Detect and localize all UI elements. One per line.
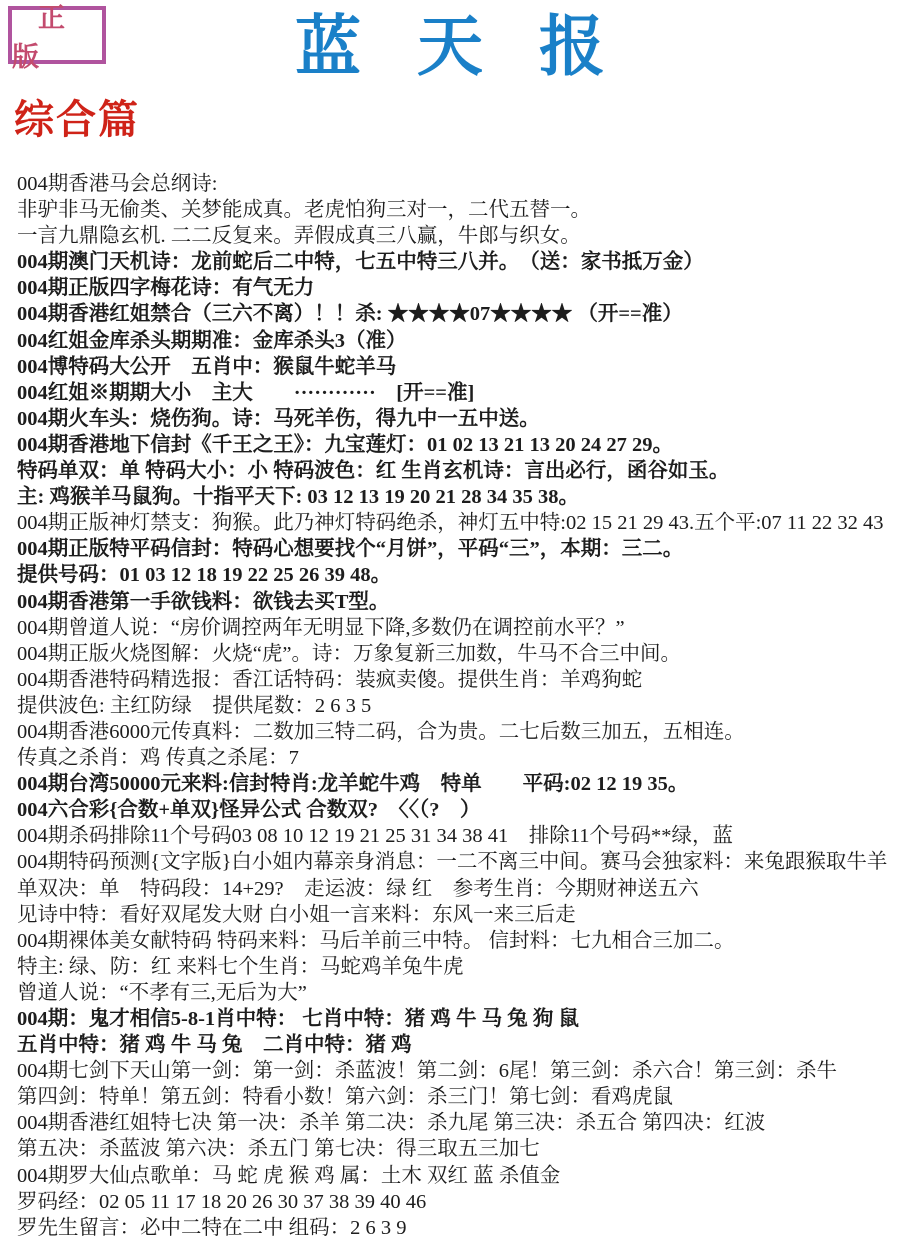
text-line: 提供号码：01 03 12 18 19 22 25 26 39 48。 xyxy=(17,562,896,588)
page-title: 蓝天报 xyxy=(0,10,900,86)
text-line: 004期香港地下信封《千王之王》：九宝莲灯：01 02 13 21 13 20 … xyxy=(17,432,896,458)
text-line: 罗码经：02 05 11 17 18 20 26 30 37 38 39 40 … xyxy=(17,1189,896,1215)
tips-text-block: 004期香港马会总纲诗: 非驴非马无偷类、关梦能成真。老虎怕狗三对一，二代五替一… xyxy=(17,171,896,1241)
text-line: 004期罗大仙点歌单：马 蛇 虎 猴 鸡 属：土木 双红 蓝 杀值金 xyxy=(17,1163,896,1189)
text-line: 004六合彩{合数+单双}怪异公式 合数双? 〈〈（? ） xyxy=(17,797,896,823)
text-line: 004期特码预测{文字版}白小姐内幕亲身消息：一二不离三中间。赛马会独家料：来兔… xyxy=(17,849,896,875)
newspaper-page: 正版 蓝天报 综合篇 004期香港马会总纲诗: 非驴非马无偷类、关梦能成真。老虎… xyxy=(0,0,900,1243)
text-line: 004期香港特码精选报：香江话特码：装疯卖傻。提供生肖：羊鸡狗蛇 xyxy=(17,667,896,693)
text-line: 004期香港马会总纲诗: xyxy=(17,171,896,197)
text-line: 见诗中特：看好双尾发大财 白小姐一言来料：东风一来三后走 xyxy=(17,902,896,928)
text-line: 传真之杀肖：鸡 传真之杀尾：7 xyxy=(17,745,896,771)
text-line: 004红姐※期期大小 主大 ············ [开==准] xyxy=(17,380,896,406)
text-line: 004期香港第一手欲钱料：欲钱去买T型。 xyxy=(17,589,896,615)
text-line: 004期香港红姐禁合（三六不离）！！杀: ★★★★07★★★★ （开==准） xyxy=(17,301,896,327)
text-line: 一言九鼎隐玄机. 二二反复来。弄假成真三八赢，牛郎与织女。 xyxy=(17,223,896,249)
text-line: 004期正版特平码信封：特码心想要找个“月饼”，平码“三”，本期：三二。 xyxy=(17,536,896,562)
text-line: 特主: 绿、防：红 来料七个生肖：马蛇鸡羊兔牛虎 xyxy=(17,954,896,980)
text-line: 004博特码大公开 五肖中：猴鼠牛蛇羊马 xyxy=(17,354,896,380)
text-line: 004期火车头：烧伤狗。诗：马死羊伤，得九中一五中送。 xyxy=(17,406,896,432)
text-line: 004期七剑下天山第一剑：第一剑：杀蓝波！第二剑：6尾！第三剑：杀六合！第三剑：… xyxy=(17,1058,896,1084)
text-line: 004期香港红姐特七决 第一决：杀羊 第二决：杀九尾 第三决：杀五合 第四决：红… xyxy=(17,1110,896,1136)
text-line: 罗先生留言：必中二特在二中 组码：2 6 3 9 xyxy=(17,1215,896,1241)
text-line: 004期裸体美女献特码 特码来料：马后羊前三中特。 信封料：七九相合三加二。 xyxy=(17,928,896,954)
text-line: 004红姐金库杀头期期准：金库杀头3（准） xyxy=(17,328,896,354)
text-line: 曾道人说：“不孝有三,无后为大” xyxy=(17,980,896,1006)
section-title: 综合篇 xyxy=(14,88,140,145)
text-line: 004期：鬼才相信5-8-1肖中特： 七肖中特：猪 鸡 牛 马 兔 狗 鼠 xyxy=(17,1006,896,1032)
text-line: 主: 鸡猴羊马鼠狗。十指平天下: 03 12 13 19 20 21 28 34… xyxy=(17,484,896,510)
text-line: 第四剑：特单！第五剑：特看小数！第六剑：杀三门！第七剑：看鸡虎鼠 xyxy=(17,1084,896,1110)
text-line: 第五决：杀蓝波 第六决：杀五门 第七决：得三取五三加七 xyxy=(17,1136,896,1162)
text-line: 004期澳门天机诗：龙前蛇后二中特，七五中特三八并。 （送：家书抵万金） xyxy=(17,249,896,275)
text-line: 五肖中特：猪 鸡 牛 马 兔 二肖中特：猪 鸡 xyxy=(17,1032,896,1058)
text-line: 非驴非马无偷类、关梦能成真。老虎怕狗三对一，二代五替一。 xyxy=(17,197,896,223)
text-line: 004期香港6000元传真料：二数加三特二码，合为贵。二七后数三加五，五相连。 xyxy=(17,719,896,745)
text-line: 004期杀码排除11个号码03 08 10 12 19 21 25 31 34 … xyxy=(17,823,896,849)
text-line: 提供波色: 主红防绿 提供尾数：2 6 3 5 xyxy=(17,693,896,719)
text-line: 特码单双：单 特码大小：小 特码波色：红 生肖玄机诗：言出必行，函谷如玉。 xyxy=(17,458,896,484)
text-line: 004期台湾50000元来料:信封特肖:龙羊蛇牛鸡 特单 平码:02 12 19… xyxy=(17,771,896,797)
text-line: 004期正版四字梅花诗：有气无力 xyxy=(17,275,896,301)
text-line: 单双决：单 特码段：14+29? 走运波：绿 红 参考生肖：今期财神送五六 xyxy=(17,876,896,902)
text-line: 004期曾道人说：“房价调控两年无明显下降,多数仍在调控前水平？” xyxy=(17,615,896,641)
text-line: 004期正版神灯禁支：狗猴。此乃神灯特码绝杀，神灯五中特:02 15 21 29… xyxy=(17,510,896,536)
text-line: 004期正版火烧图解：火烧“虎”。诗：万象复新三加数，牛马不合三中间。 xyxy=(17,641,896,667)
